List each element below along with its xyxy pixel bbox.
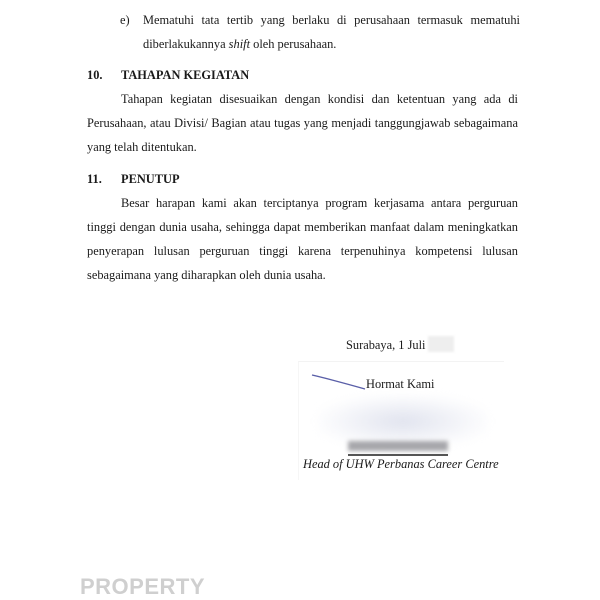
section-title: PENUTUP (121, 167, 180, 191)
signer-position: Head of UHW Perbanas Career Centre (303, 455, 499, 473)
list-item-text: Mematuhi tata tertib yang berlaku di per… (143, 8, 520, 56)
place-date: Surabaya, 1 Juli (346, 333, 454, 357)
section-paragraph: Tahapan kegiatan disesuaikan dengan kond… (87, 87, 518, 159)
section-number: 11. (87, 167, 102, 191)
list-marker: e) (120, 8, 130, 32)
section-penutup: 11. PENUTUP Besar harapan kami akan terc… (87, 167, 518, 287)
redacted-name (348, 441, 448, 451)
section-tahapan-kegiatan: 10. TAHAPAN KEGIATAN Tahapan kegiatan di… (87, 63, 518, 159)
closing-text: Hormat Kami (366, 375, 434, 393)
list-item-line2-before: diberlakukannya (143, 37, 229, 51)
list-item-line1: Mematuhi tata tertib yang berlaku di per… (143, 8, 520, 32)
list-item-line2-after: oleh perusahaan. (250, 37, 336, 51)
section-paragraph: Besar harapan kami akan terciptanya prog… (87, 191, 518, 287)
signature-stroke-icon (310, 373, 370, 391)
list-item-e: e) Mematuhi tata tertib yang berlaku di … (120, 8, 520, 56)
list-item-italic-term: shift (229, 37, 250, 51)
section-heading: 11. PENUTUP (87, 167, 518, 191)
property-watermark: PROPERTY (80, 574, 205, 600)
blurred-signature (318, 395, 488, 443)
signature-block: Surabaya, 1 Juli Hormat Kami Head of UHW… (298, 333, 508, 483)
section-number: 10. (87, 63, 103, 87)
document-page: e) Mematuhi tata tertib yang berlaku di … (0, 0, 600, 600)
section-heading: 10. TAHAPAN KEGIATAN (87, 63, 518, 87)
place-date-text: Surabaya, 1 Juli (346, 338, 426, 352)
section-title: TAHAPAN KEGIATAN (121, 63, 249, 87)
redacted-year (428, 336, 454, 352)
